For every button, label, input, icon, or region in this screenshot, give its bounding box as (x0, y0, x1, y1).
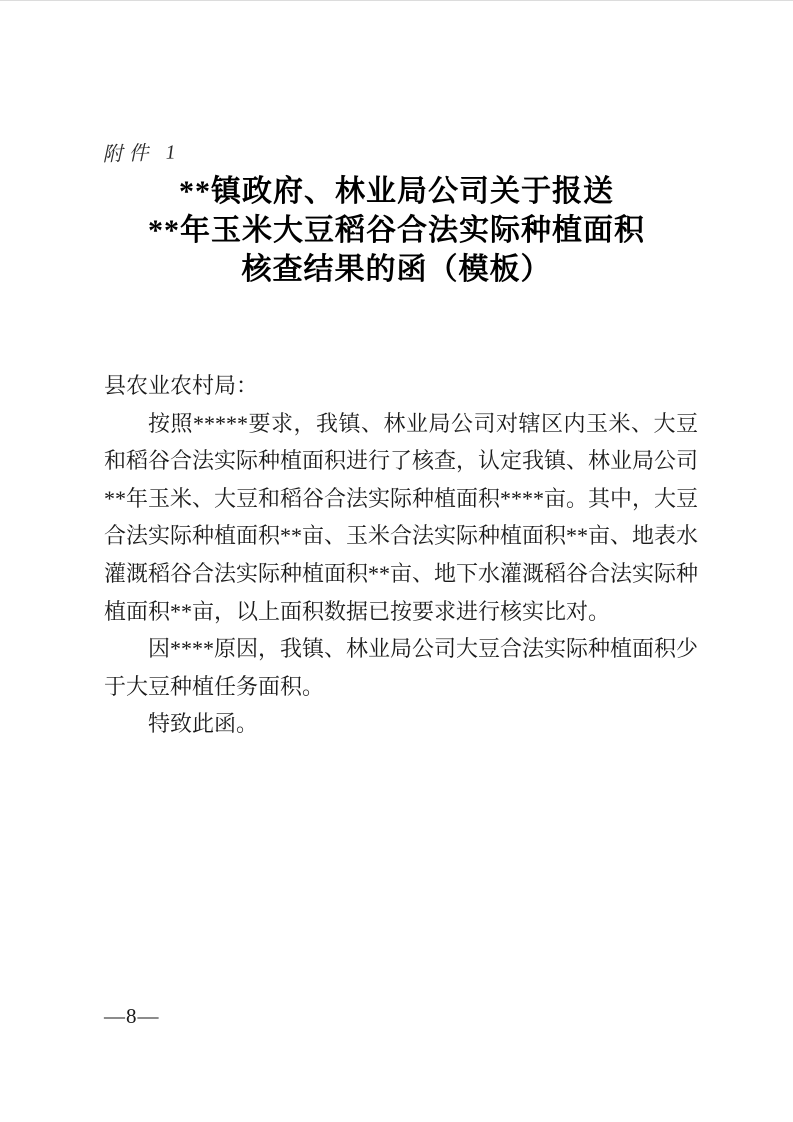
body-paragraph-3: 特致此函。 (104, 705, 698, 743)
title-line-3: 核查结果的函（模板） (0, 250, 793, 289)
salutation: 县农业农村局： (104, 367, 698, 405)
document-page: 附件 1 **镇政府、林业局公司关于报送 **年玉米大豆稻谷合法实际种植面积 核… (0, 0, 793, 1122)
page-number: —8— (104, 1004, 160, 1029)
title-line-1: **镇政府、林业局公司关于报送 (0, 172, 793, 211)
title-line-2: **年玉米大豆稻谷合法实际种植面积 (0, 211, 793, 250)
body-paragraph-1: 按照*****要求，我镇、林业局公司对辖区内玉米、大豆和稻谷合法实际种植面积进行… (104, 405, 698, 631)
document-body: 县农业农村局： 按照*****要求，我镇、林业局公司对辖区内玉米、大豆和稻谷合法… (104, 367, 698, 743)
attachment-handwritten-note: 附件 1 (102, 135, 182, 167)
document-title: **镇政府、林业局公司关于报送 **年玉米大豆稻谷合法实际种植面积 核查结果的函… (0, 172, 793, 289)
body-paragraph-2: 因****原因，我镇、林业局公司大豆合法实际种植面积少于大豆种植任务面积。 (104, 630, 698, 705)
scan-edge-artifact (0, 0, 793, 1)
